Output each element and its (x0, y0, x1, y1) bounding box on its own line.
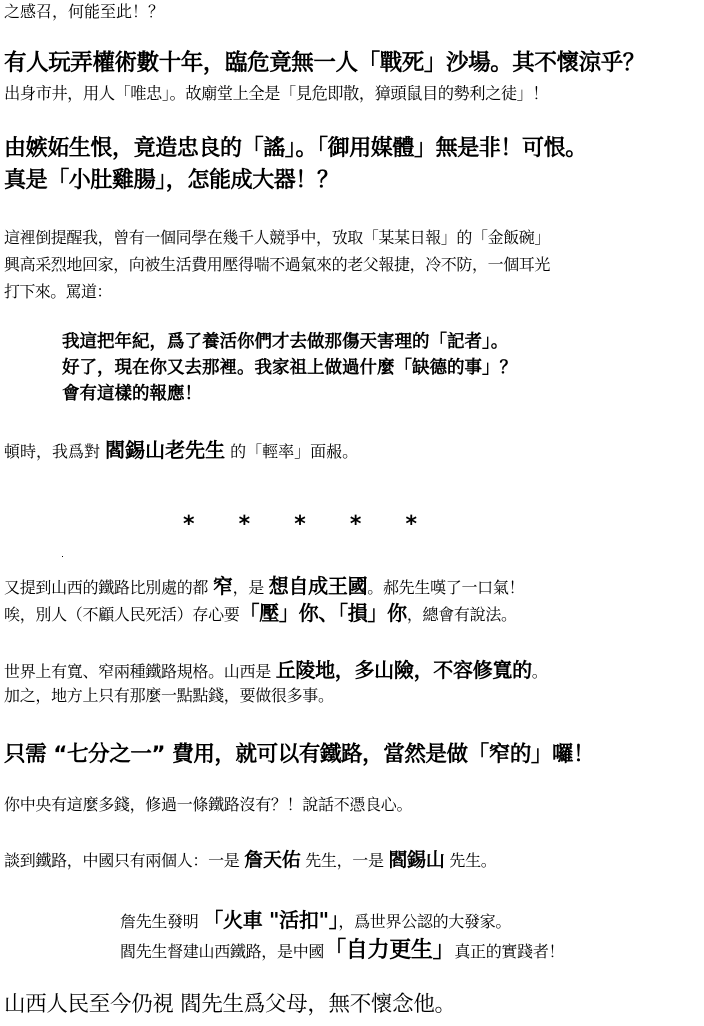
stray-mark (62, 556, 63, 557)
text-segment: ，總會有說法。 (407, 605, 517, 624)
emphasis-name: 詹天佑 (244, 849, 300, 871)
text-line: 頓時，我爲對 閻錫山老先生 的「輕率」面赧。 (4, 440, 358, 460)
emphasis-name: 閻錫山老先生 (105, 438, 225, 462)
emphasis-phrase: 想自成王國 (269, 574, 368, 598)
text-segment: 詹先生發明 (120, 912, 203, 931)
emphasis-phrase: 「火車 "活扣"」 (203, 908, 338, 932)
text-segment: 先生。 (445, 851, 497, 870)
text-segment: 又提到山西的鐵路比別處的都 (4, 578, 213, 597)
quote-line: 我這把年紀，爲了養活你們才去做那傷天害理的「記者」。 (62, 334, 508, 352)
emphasis-phrase: 「自力更生」 (324, 938, 454, 963)
asterisk: * (350, 512, 362, 537)
text-segment: 先生，一是 (300, 851, 388, 870)
text-segment: 談到鐵路，中國只有兩個人：一是 (4, 851, 244, 870)
text-line: 又提到山西的鐵路比別處的都 窄，是 想自成王國。郝先生嘆了一口氣！ (4, 576, 524, 596)
text-segment: 的「輕率」面赧。 (225, 442, 358, 461)
text-segment: 頓時，我爲對 (4, 442, 105, 461)
text-segment: ，爲世界公認的大發家。 (338, 912, 511, 931)
asterisk: * (294, 512, 306, 537)
closing-line: 山西人民至今仍視 閻先生爲父母，無不懷念他。 (4, 994, 456, 1016)
quote-line: 好了，現在你又去那裡。我家祖上做過什麼「缺德的事」？ (62, 360, 517, 378)
emphasis-phrase: 「壓」你、「損」你 (240, 601, 407, 625)
emphasis-word: 窄 (213, 574, 233, 598)
text-line: 世界上有寬、窄兩種鐵路規格。山西是 丘陵地，多山險，不容修寬的。 (4, 660, 548, 680)
heading-line: 真是「小肚雞腸」，怎能成大器！？ (4, 170, 339, 192)
heading-line: 由嫉妬生恨，竟造忠良的「謠」。「御用媒體」無是非！可恨。 (4, 138, 587, 160)
asterisk: * (239, 512, 251, 537)
emphasis-phrase: 丘陵地，多山險，不容修寬的 (276, 658, 532, 682)
text-line: 興高采烈地回家，向被生活費用壓得喘不過氣來的老父報捷，冷不防，一個耳光 (4, 257, 550, 273)
text-segment: ，是 (233, 578, 269, 597)
heading-line: 有人玩弄權術數十年，臨危竟無一人「戰死」沙場。其不懷涼乎？ (4, 52, 645, 75)
text-segment: 。郝先生嘆了一口氣！ (367, 578, 524, 597)
text-line: 出身市井，用人「唯忠」。故廟堂上全是「見危即散，獐頭鼠目的勢利之徒」！ (4, 86, 548, 102)
heading-line: 只需 “七分之一” 費用，就可以有鐵路，當然是做「窄的」囉！ (4, 744, 594, 766)
text-segment: 真正的實踐者！ (454, 942, 564, 961)
text-line: 談到鐵路，中國只有兩個人：一是 詹天佑 先生，一是 閻錫山 先生。 (4, 851, 496, 870)
text-segment: 唉，別人（不顧人民死活）存心要 (4, 605, 240, 624)
text-segment: 世界上有寬、窄兩種鐵路規格。山西是 (4, 662, 276, 681)
asterisk: * (183, 512, 195, 537)
quote-line: 閻先生督建山西鐵路，是中國「自力更生」真正的實踐者！ (120, 940, 564, 962)
text-segment: 閻先生督建山西鐵路，是中國 (120, 942, 324, 961)
text-line: 這裡倒提醒我，曾有一個同學在幾千人競爭中，攷取「某某日報」的「金飯碗」 (4, 230, 550, 246)
section-separator: * * * * * (150, 512, 450, 537)
text-line: 你中央有這麼多錢，修過一條鐵路沒有？！說話不憑良心。 (4, 797, 412, 813)
text-line: 加之，地方上只有那麼一點點錢，要做很多事。 (4, 688, 334, 704)
text-line: 唉，別人（不顧人民死活）存心要「壓」你、「損」你，總會有說法。 (4, 603, 517, 623)
text-line: 之感召，何能至此！？ (4, 4, 164, 20)
quote-line: 詹先生發明 「火車 "活扣"」，爲世界公認的大發家。 (120, 910, 511, 930)
emphasis-name: 閻錫山 (388, 849, 444, 871)
asterisk: * (405, 512, 417, 537)
text-segment: 。 (532, 662, 548, 681)
quote-line: 會有這樣的報應！ (62, 386, 202, 404)
text-line: 打下來。罵道： (4, 284, 112, 300)
